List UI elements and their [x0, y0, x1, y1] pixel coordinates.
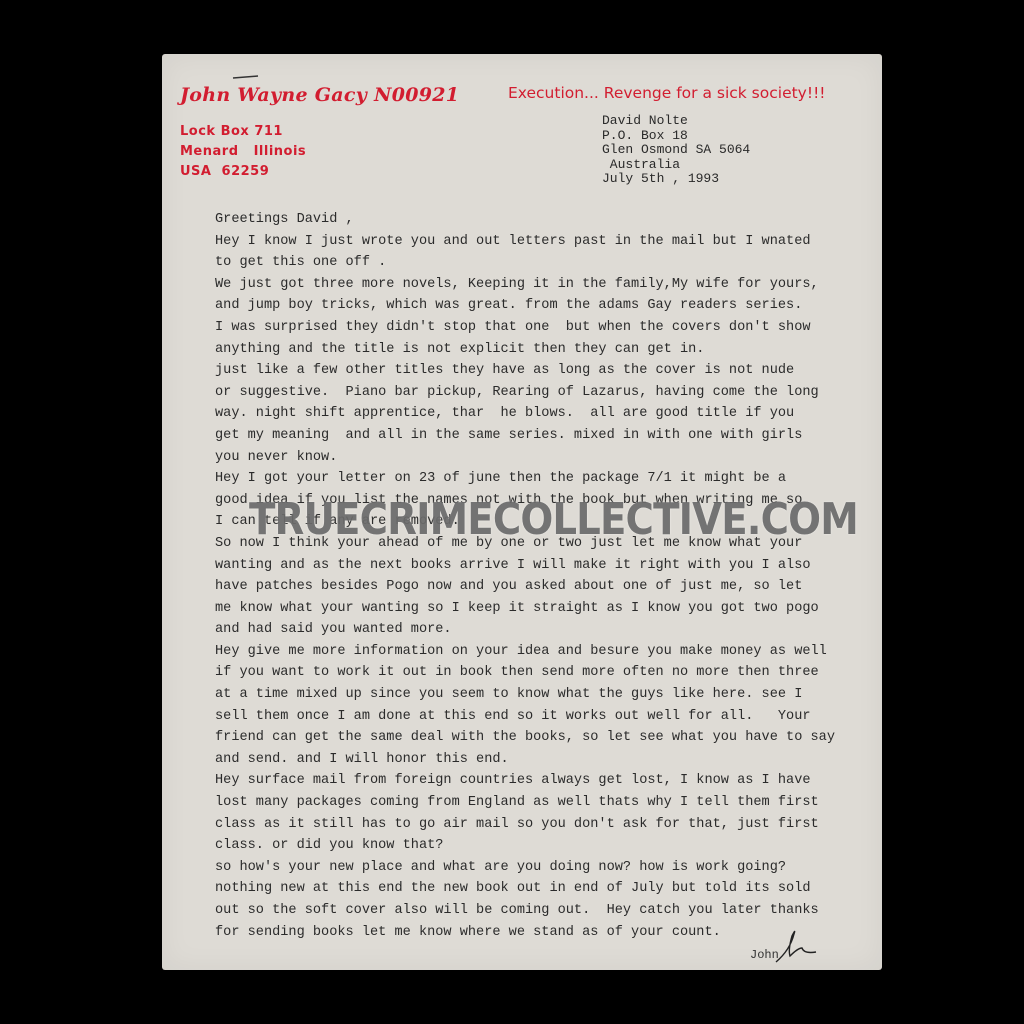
typed-signature: John	[750, 948, 779, 962]
letterhead-name: John Wayne Gacy N00921	[180, 84, 459, 106]
body-line: class. or did you know that?	[215, 835, 875, 857]
letterhead-address-line: Lock Box 711	[180, 122, 306, 142]
body-line: wanting and as the next books arrive I w…	[215, 555, 875, 577]
letterhead-slogan: Execution... Revenge for a sick society!…	[508, 84, 826, 102]
body-line: We just got three more novels, Keeping i…	[215, 274, 875, 296]
body-line: just like a few other titles they have a…	[215, 360, 875, 382]
body-line: if you want to work it out in book then …	[215, 662, 875, 684]
body-line: Greetings David ,	[215, 209, 875, 231]
body-line: so how's your new place and what are you…	[215, 857, 875, 879]
letter-date: July 5th , 1993	[602, 172, 750, 187]
recipient-block: David Nolte P.O. Box 18 Glen Osmond SA 5…	[602, 114, 750, 187]
body-line: class as it still has to go air mail so …	[215, 814, 875, 836]
body-line: Hey give me more information on your ide…	[215, 641, 875, 663]
body-line: to get this one off .	[215, 252, 875, 274]
letterhead-address: Lock Box 711 Menard Illinois USA 62259	[180, 122, 306, 182]
recipient-line: Glen Osmond SA 5064	[602, 143, 750, 158]
body-line: get my meaning and all in the same serie…	[215, 425, 875, 447]
body-line: out so the soft cover also will be comin…	[215, 900, 875, 922]
watermark: TRUECRIMECOLLECTIVE.COM	[249, 494, 858, 545]
body-line: sell them once I am done at this end so …	[215, 706, 875, 728]
body-line: have patches besides Pogo now and you as…	[215, 576, 875, 598]
letter-page: John Wayne Gacy N00921 Lock Box 711 Mena…	[162, 54, 882, 970]
body-line: and send. and I will honor this end.	[215, 749, 875, 771]
body-line: anything and the title is not explicit t…	[215, 339, 875, 361]
body-line: way. night shift apprentice, thar he blo…	[215, 403, 875, 425]
body-line: you never know.	[215, 447, 875, 469]
body-line: me know what your wanting so I keep it s…	[215, 598, 875, 620]
body-line: nothing new at this end the new book out…	[215, 878, 875, 900]
pen-mark-icon	[232, 74, 260, 80]
body-line: Hey I got your letter on 23 of june then…	[215, 468, 875, 490]
body-line: I was surprised they didn't stop that on…	[215, 317, 875, 339]
body-line: Hey surface mail from foreign countries …	[215, 770, 875, 792]
body-line: and jump boy tricks, which was great. fr…	[215, 295, 875, 317]
body-line: lost many packages coming from England a…	[215, 792, 875, 814]
body-line: at a time mixed up since you seem to kno…	[215, 684, 875, 706]
body-line: Hey I know I just wrote you and out lett…	[215, 231, 875, 253]
letterhead-address-line: Menard Illinois	[180, 142, 306, 162]
letterhead-address-line: USA 62259	[180, 162, 306, 182]
recipient-line: Australia	[602, 158, 750, 173]
body-line: friend can get the same deal with the bo…	[215, 727, 875, 749]
recipient-line: P.O. Box 18	[602, 129, 750, 144]
body-line: or suggestive. Piano bar pickup, Rearing…	[215, 382, 875, 404]
letter-body: Greetings David ,Hey I know I just wrote…	[215, 209, 875, 943]
body-line: and had said you wanted more.	[215, 619, 875, 641]
recipient-line: David Nolte	[602, 114, 750, 129]
